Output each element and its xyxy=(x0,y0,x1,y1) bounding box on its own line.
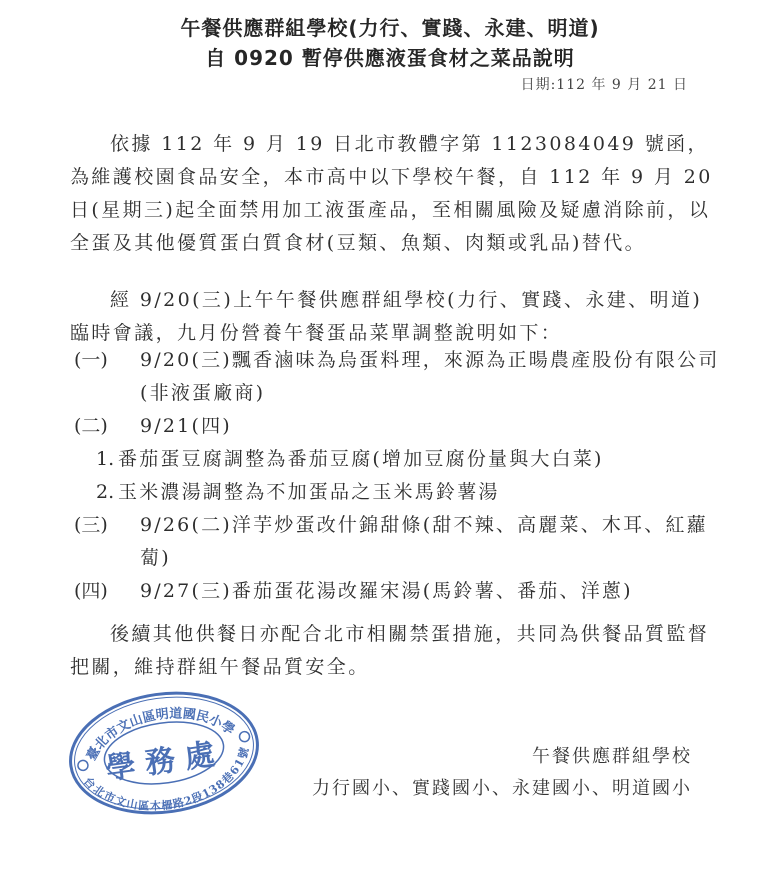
document-date: 日期:112 年 9 月 21 日 xyxy=(521,74,688,94)
sub-item-number: 2. xyxy=(96,476,118,509)
list-item: (四) 9/27(三)番茄蛋花湯改羅宋湯(馬鈴薯、番茄、洋蔥) xyxy=(74,575,724,608)
sub-list-item: 2. 玉米濃湯調整為不加蛋品之玉米馬鈴薯湯 xyxy=(74,476,724,509)
item-number: (四) xyxy=(74,575,140,608)
item-number: (三) xyxy=(74,509,140,575)
sub-item-text: 玉米濃湯調整為不加蛋品之玉米馬鈴薯湯 xyxy=(118,476,724,509)
sub-item-number: 1. xyxy=(96,443,118,476)
menu-adjustment-list: (一) 9/20(三)飄香滷味為烏蛋料理，來源為正暘農產股份有限公司(非液蛋廠商… xyxy=(74,344,724,608)
title-line-2: 自 0920 暫停供應液蛋食材之菜品說明 xyxy=(0,42,780,71)
item-text: 9/27(三)番茄蛋花湯改羅宋湯(馬鈴薯、番茄、洋蔥) xyxy=(140,575,724,608)
sub-item-text: 番茄蛋豆腐調整為番茄豆腐(增加豆腐份量與大白菜) xyxy=(118,443,724,476)
item-number: (一) xyxy=(74,344,140,410)
signature-group: 午餐供應群組學校 xyxy=(532,742,692,768)
list-item: (三) 9/26(二)洋芋炒蛋改什錦甜條(甜不辣、高麗菜、木耳、紅蘿蔔) xyxy=(74,509,724,575)
closing-paragraph: 後續其他供餐日亦配合北市相關禁蛋措施，共同為供餐品質監督把關，維持群組午餐品質安… xyxy=(70,618,718,684)
meeting-paragraph: 經 9/20(三)上午午餐供應群組學校(力行、實踐、永建、明道)臨時會議，九月份… xyxy=(70,284,718,350)
sub-list-item: 1. 番茄蛋豆腐調整為番茄豆腐(增加豆腐份量與大白菜) xyxy=(74,443,724,476)
intro-paragraph: 依據 112 年 9 月 19 日北市教體字第 1123084049 號函，為維… xyxy=(70,128,718,260)
item-text: 9/21(四) xyxy=(140,410,724,443)
item-number: (二) xyxy=(74,410,140,443)
list-item: (二) 9/21(四) xyxy=(74,410,724,443)
signature-schools: 力行國小、實踐國小、永建國小、明道國小 xyxy=(312,774,692,800)
office-stamp: 臺北市文山區明道國民小學 台北市文山區木柵路2段138巷61號 學務處 xyxy=(60,679,267,827)
title-line-1: 午餐供應群組學校(力行、實踐、永建、明道) xyxy=(0,12,780,41)
list-item: (一) 9/20(三)飄香滷味為烏蛋料理，來源為正暘農產股份有限公司(非液蛋廠商… xyxy=(74,344,724,410)
item-text: 9/20(三)飄香滷味為烏蛋料理，來源為正暘農產股份有限公司(非液蛋廠商) xyxy=(140,344,724,410)
item-text: 9/26(二)洋芋炒蛋改什錦甜條(甜不辣、高麗菜、木耳、紅蘿蔔) xyxy=(140,509,724,575)
